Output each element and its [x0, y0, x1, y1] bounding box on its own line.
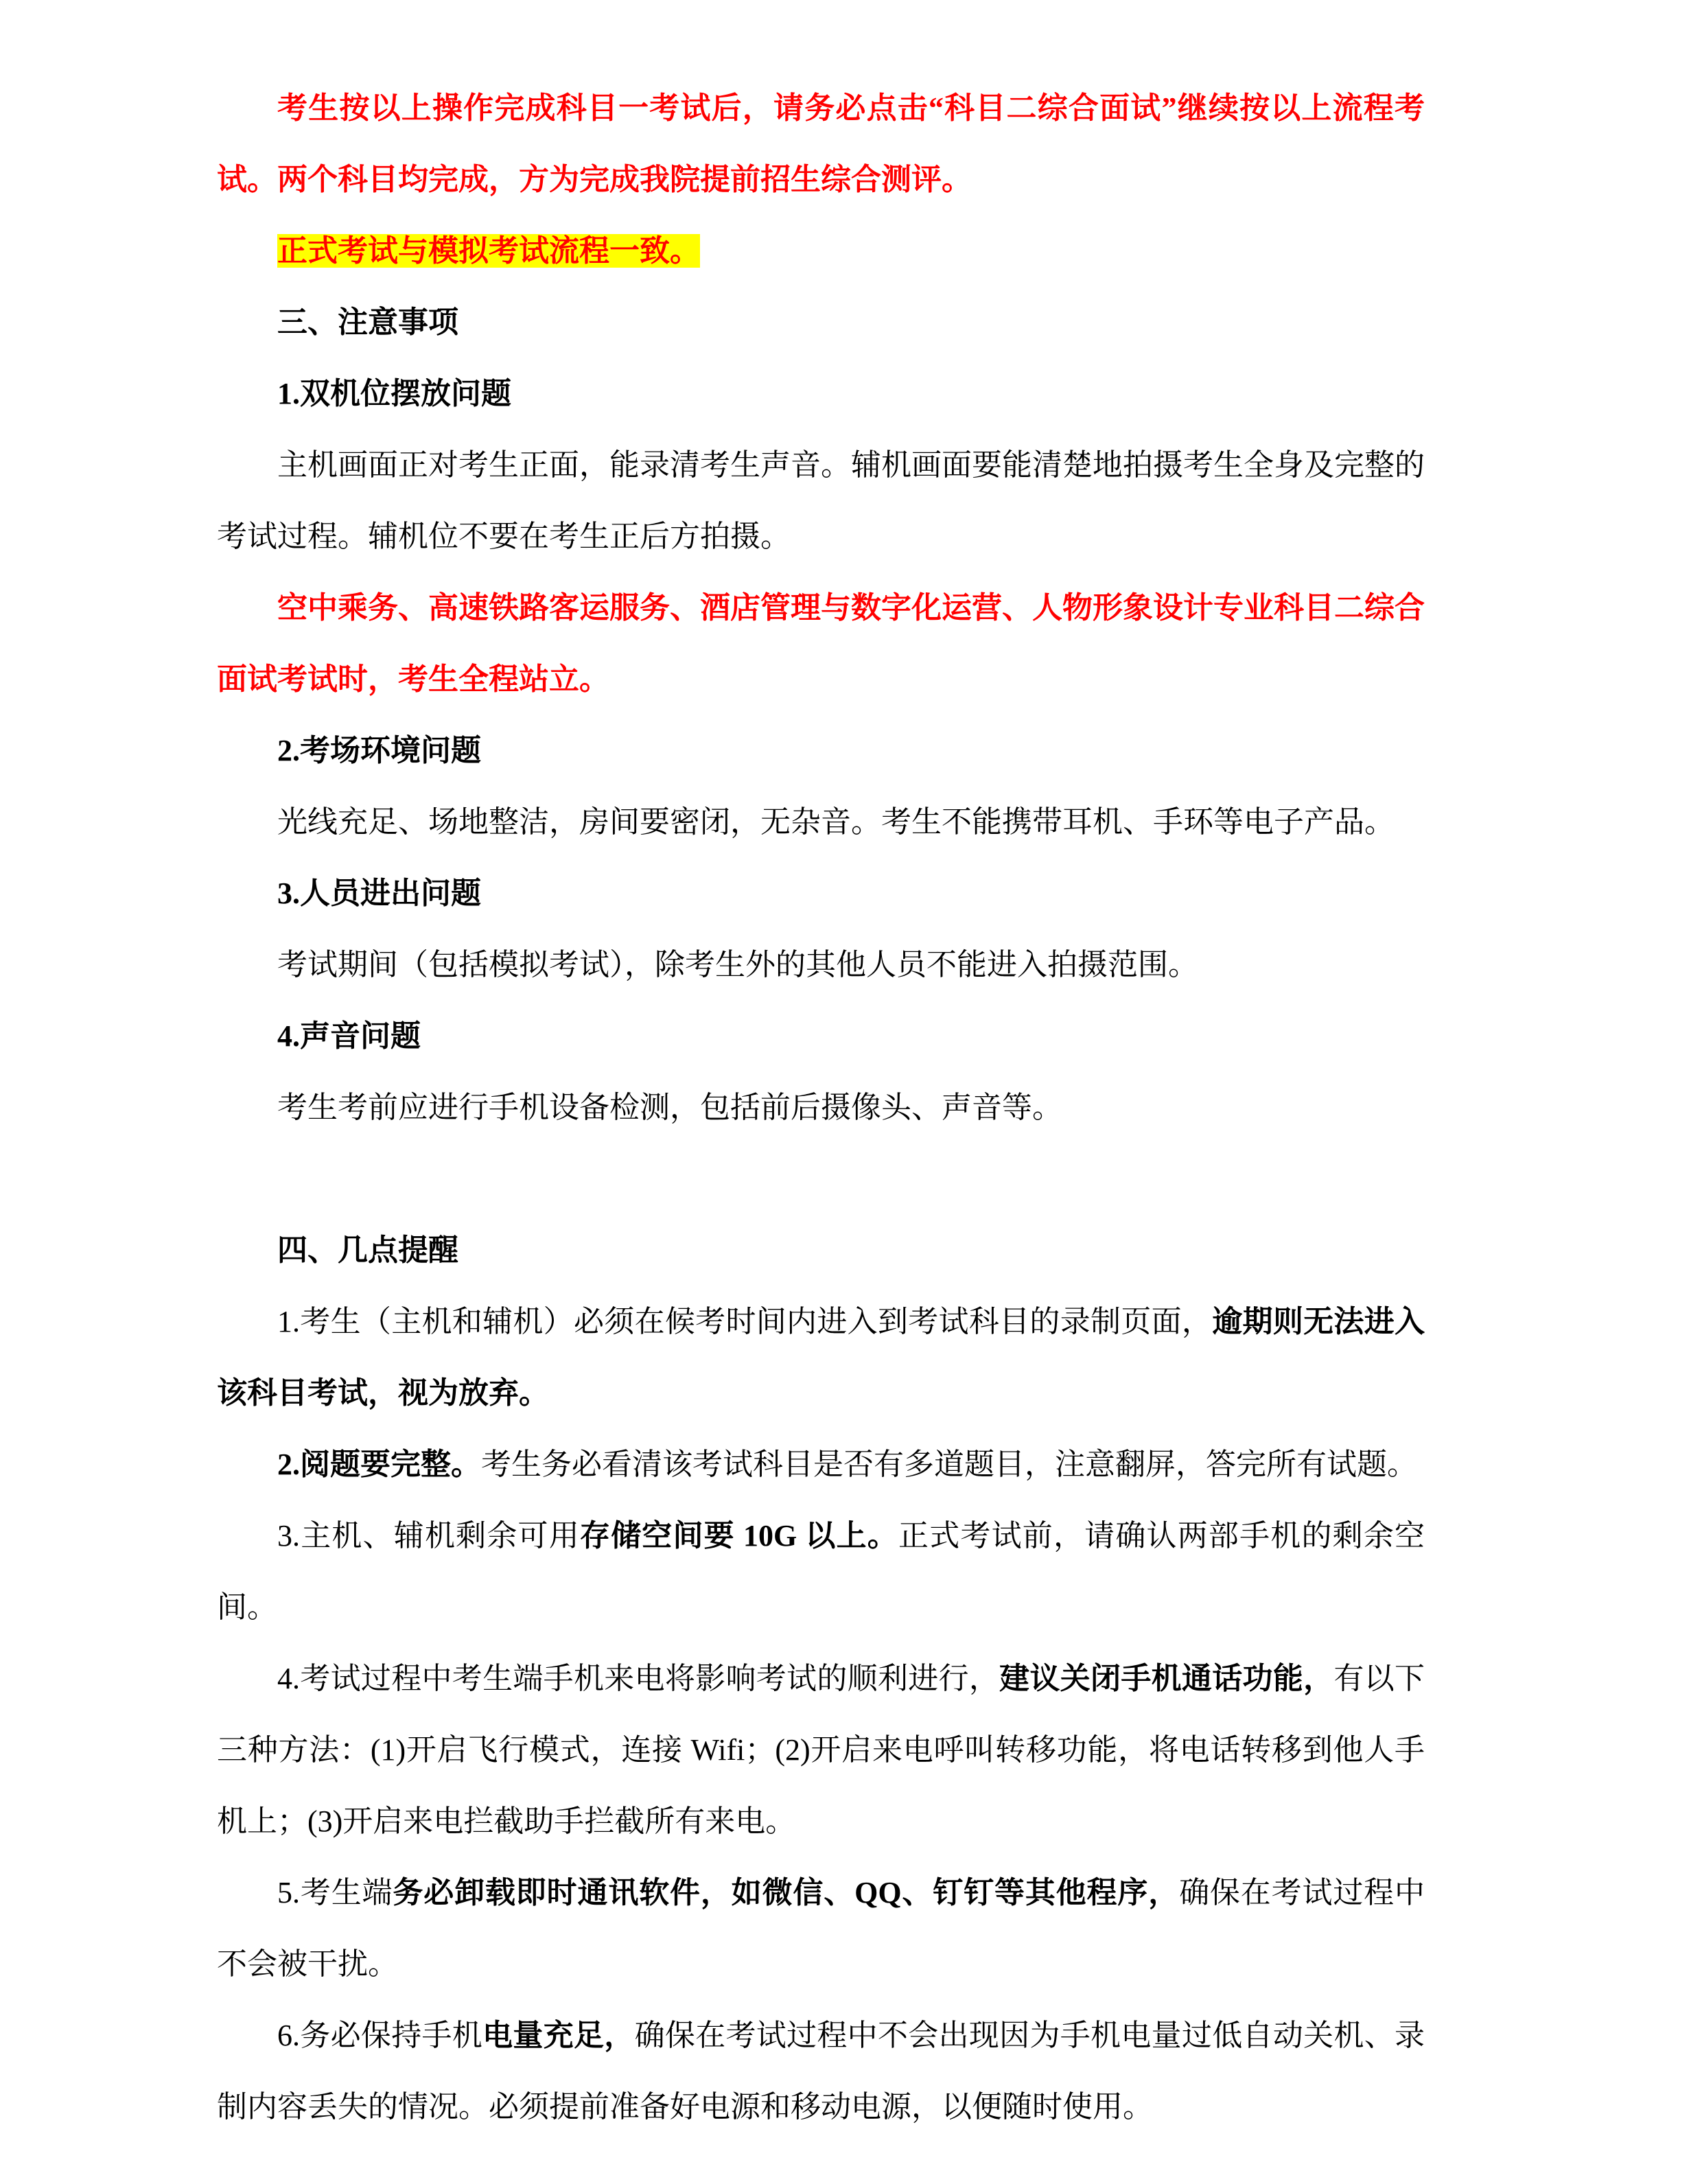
- document-page: 考生按以上操作完成科目一考试后，请务必点击“科目二综合面试”继续按以上流程考试。…: [0, 0, 1702, 2184]
- text-run: 考试期间（包括模拟考试），除考生外的其他人员不能进入拍摄范围。: [277, 948, 1198, 981]
- text-run: 正式考试与模拟考试流程一致。: [277, 234, 700, 268]
- text-run: 三、注意事项: [277, 305, 458, 339]
- text-run: 建议关闭手机通话功能，: [999, 1662, 1333, 1695]
- para-reminder-6-battery: 6.务必保持手机电量充足，确保在考试过程中不会出现因为手机电量过低自动关机、录制…: [217, 2000, 1425, 2143]
- text-run: 4.声音问题: [277, 1019, 421, 1053]
- para-standing-majors: 空中乘务、高速铁路客运服务、酒店管理与数字化运营、人物形象设计专业科目二综合面试…: [217, 572, 1425, 715]
- text-run: 考生考前应进行手机设备检测，包括前后摄像头、声音等。: [277, 1091, 1062, 1124]
- text-run: 6.务必保持手机: [277, 2019, 482, 2052]
- text-run: 考生务必看清该考试科目是否有多道题目，注意翻屏，答完所有试题。: [481, 1448, 1417, 1481]
- heading-note-2-environment: 2.考场环境问题: [217, 715, 1425, 787]
- para-reminder-4-incoming-calls: 4.考试过程中考生端手机来电将影响考试的顺利进行，建议关闭手机通话功能，有以下三…: [217, 1643, 1425, 1857]
- para-personnel: 考试期间（包括模拟考试），除考生外的其他人员不能进入拍摄范围。: [217, 929, 1425, 1001]
- text-run: 1.双机位摆放问题: [277, 377, 511, 410]
- text-run: 3.人员进出问题: [277, 876, 481, 910]
- para-environment: 光线充足、场地整洁，房间要密闭，无杂音。考生不能携带耳机、手环等电子产品。: [217, 787, 1425, 858]
- text-run: 2.考场环境问题: [277, 734, 481, 767]
- para-formal-exam-same-as-mock: 正式考试与模拟考试流程一致。: [217, 216, 1425, 287]
- text-run: 3.主机、辅机剩余可用: [277, 1519, 580, 1553]
- text-run: 4.考试过程中考生端手机来电将影响考试的顺利进行，: [277, 1662, 999, 1695]
- text-run: 光线充足、场地整洁，房间要密闭，无杂音。考生不能携带耳机、手环等电子产品。: [277, 805, 1395, 839]
- paragraph-spacer: [217, 1143, 1425, 1215]
- para-reminder-1-waiting-time: 1.考生（主机和辅机）必须在候考时间内进入到考试科目的录制页面，逾期则无法进入该…: [217, 1286, 1425, 1429]
- heading-section-four: 四、几点提醒: [217, 1215, 1425, 1286]
- heading-note-4-sound: 4.声音问题: [217, 1001, 1425, 1072]
- text-run: 考生按以上操作完成科目一考试后，请务必点击“科目二综合面试”继续按以上流程考试。…: [217, 91, 1425, 196]
- text-run: 1.考生（主机和辅机）必须在候考时间内进入到考试科目的录制页面，: [277, 1305, 1212, 1338]
- text-run: 电量充足，: [482, 2019, 635, 2052]
- para-reminder-2-read-completely: 2.阅题要完整。考生务必看清该考试科目是否有多道题目，注意翻屏，答完所有试题。: [217, 1429, 1425, 1500]
- text-run: 主机画面正对考生正面，能录清考生声音。辅机画面要能清楚地拍摄考生全身及完整的考试…: [217, 448, 1425, 553]
- para-reminder-3-storage: 3.主机、辅机剩余可用存储空间要 10G 以上。正式考试前，请确认两部手机的剩余…: [217, 1500, 1425, 1643]
- text-run: 2.阅题要完整。: [277, 1448, 481, 1481]
- para-subject-one-complete: 考生按以上操作完成科目一考试后，请务必点击“科目二综合面试”继续按以上流程考试。…: [217, 73, 1425, 216]
- para-sound-check: 考生考前应进行手机设备检测，包括前后摄像头、声音等。: [217, 1072, 1425, 1143]
- text-run: 5.考生端: [277, 1876, 393, 1909]
- document-body: 考生按以上操作完成科目一考试后，请务必点击“科目二综合面试”继续按以上流程考试。…: [217, 73, 1425, 2143]
- para-reminder-5-uninstall-im: 5.考生端务必卸载即时通讯软件，如微信、QQ、钉钉等其他程序，确保在考试过程中不…: [217, 1857, 1425, 2000]
- text-run: 务必卸载即时通讯软件，如微信、QQ、钉钉等其他程序，: [393, 1876, 1179, 1909]
- text-run: 四、几点提醒: [277, 1233, 458, 1267]
- heading-section-three: 三、注意事项: [217, 287, 1425, 358]
- text-run: 存储空间要 10G 以上。: [580, 1519, 898, 1553]
- text-run: 空中乘务、高速铁路客运服务、酒店管理与数字化运营、人物形象设计专业科目二综合面试…: [217, 591, 1425, 696]
- heading-note-3-personnel: 3.人员进出问题: [217, 858, 1425, 929]
- heading-note-1-dual-camera: 1.双机位摆放问题: [217, 358, 1425, 430]
- para-camera-placement: 主机画面正对考生正面，能录清考生声音。辅机画面要能清楚地拍摄考生全身及完整的考试…: [217, 430, 1425, 572]
